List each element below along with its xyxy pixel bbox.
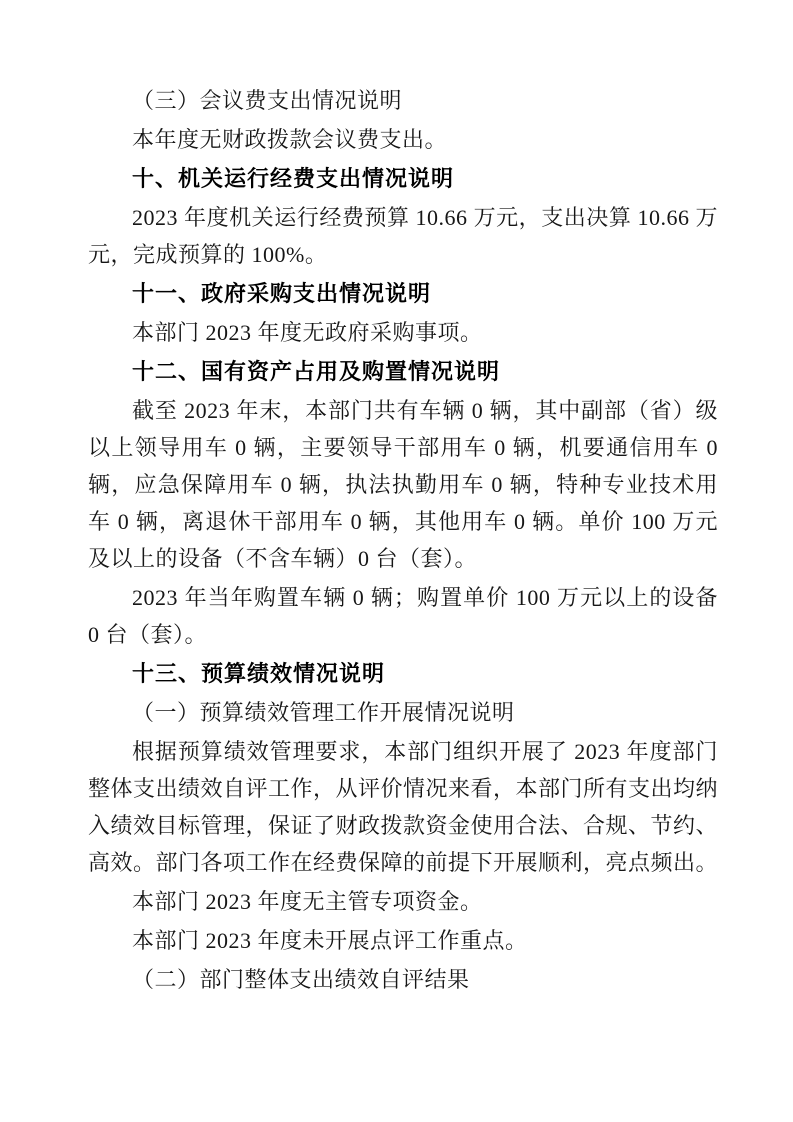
body-paragraph: 本年度无财政拨款会议费支出。 <box>88 121 718 158</box>
body-paragraph: 本部门 2023 年度无主管专项资金。 <box>88 883 718 920</box>
body-paragraph: 本部门 2023 年度无政府采购事项。 <box>88 314 718 351</box>
document-page: （三）会议费支出情况说明本年度无财政拨款会议费支出。十、机关运行经费支出情况说明… <box>0 0 793 1122</box>
body-paragraph: 本部门 2023 年度未开展点评工作重点。 <box>88 922 718 959</box>
heading-paragraph: 十二、国有资产占用及购置情况说明 <box>88 353 718 390</box>
heading-paragraph: 十一、政府采购支出情况说明 <box>88 275 718 312</box>
subheading-paragraph: （二）部门整体支出绩效自评结果 <box>88 961 718 998</box>
document-content: （三）会议费支出情况说明本年度无财政拨款会议费支出。十、机关运行经费支出情况说明… <box>88 80 718 1000</box>
subheading-paragraph: （一）预算绩效管理工作开展情况说明 <box>88 694 718 731</box>
heading-paragraph: 十三、预算绩效情况说明 <box>88 655 718 692</box>
body-paragraph: 2023 年当年购置车辆 0 辆；购置单价 100 万元以上的设备 0 台（套）… <box>88 579 718 653</box>
heading-paragraph: 十、机关运行经费支出情况说明 <box>88 160 718 197</box>
body-paragraph: 截至 2023 年末，本部门共有车辆 0 辆，其中副部（省）级以上领导用车 0 … <box>88 392 718 577</box>
body-paragraph: 2023 年度机关运行经费预算 10.66 万元，支出决算 10.66 万元，完… <box>88 199 718 273</box>
body-paragraph: 根据预算绩效管理要求，本部门组织开展了 2023 年度部门整体支出绩效自评工作，… <box>88 733 718 881</box>
subheading-paragraph: （三）会议费支出情况说明 <box>88 82 718 119</box>
